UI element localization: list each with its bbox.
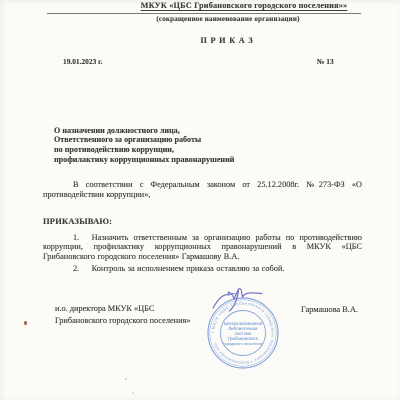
- order-heading: ПРИКАЗЫВАЮ:: [43, 216, 112, 226]
- stamp-center-text: Централизованная библиотечная система Гр…: [223, 321, 263, 346]
- org-caption: (сокращенное наименование организации): [156, 15, 299, 23]
- text-line: О назначении должностного лица,: [54, 126, 284, 136]
- order-item-2: 2. Контроль за исполнением приказа остав…: [43, 264, 362, 274]
- signature-stroke-main: [213, 289, 262, 308]
- text-line: по противодействию коррупции,: [54, 145, 284, 155]
- signer-name: Гармашова В.А.: [301, 305, 358, 314]
- dust-speck: [132, 392, 134, 394]
- doc-type-title: П Р И К А З: [201, 36, 254, 45]
- dust-speck: [24, 321, 27, 325]
- dust-speck: [125, 378, 127, 380]
- intro-paragraph: В соответствии с Федеральным законом от …: [43, 180, 362, 200]
- subject-block: О назначении должностного лица,Ответстве…: [54, 126, 284, 165]
- signer-position: и.о. директора МКУК «ЦБСГрибановского го…: [55, 303, 191, 328]
- text-line: Грибановского городского поселения»: [55, 315, 191, 327]
- scanned-order-document: МКУК «ЦБС Грибановского городского посел…: [0, 0, 400, 400]
- text-line: профилактику коррупционных правонарушени…: [54, 155, 284, 165]
- order-item-1: 1. Назначить ответственным за организаци…: [43, 233, 362, 262]
- doc-date: 19.01.2023 г.: [63, 57, 102, 66]
- org-name-line: МКУК «ЦБС Грибановского городского посел…: [141, 1, 348, 10]
- handwritten-signature: [209, 284, 269, 314]
- svg-text:городского поселения: городского поселения: [223, 342, 263, 346]
- text-line: и.о. директора МКУК «ЦБС: [55, 303, 191, 315]
- text-line: Ответственного за организацию работы: [54, 135, 284, 145]
- svg-text:Грибановского: Грибановского: [228, 336, 259, 341]
- doc-number: № 13: [317, 57, 334, 66]
- header-rule: [47, 13, 361, 14]
